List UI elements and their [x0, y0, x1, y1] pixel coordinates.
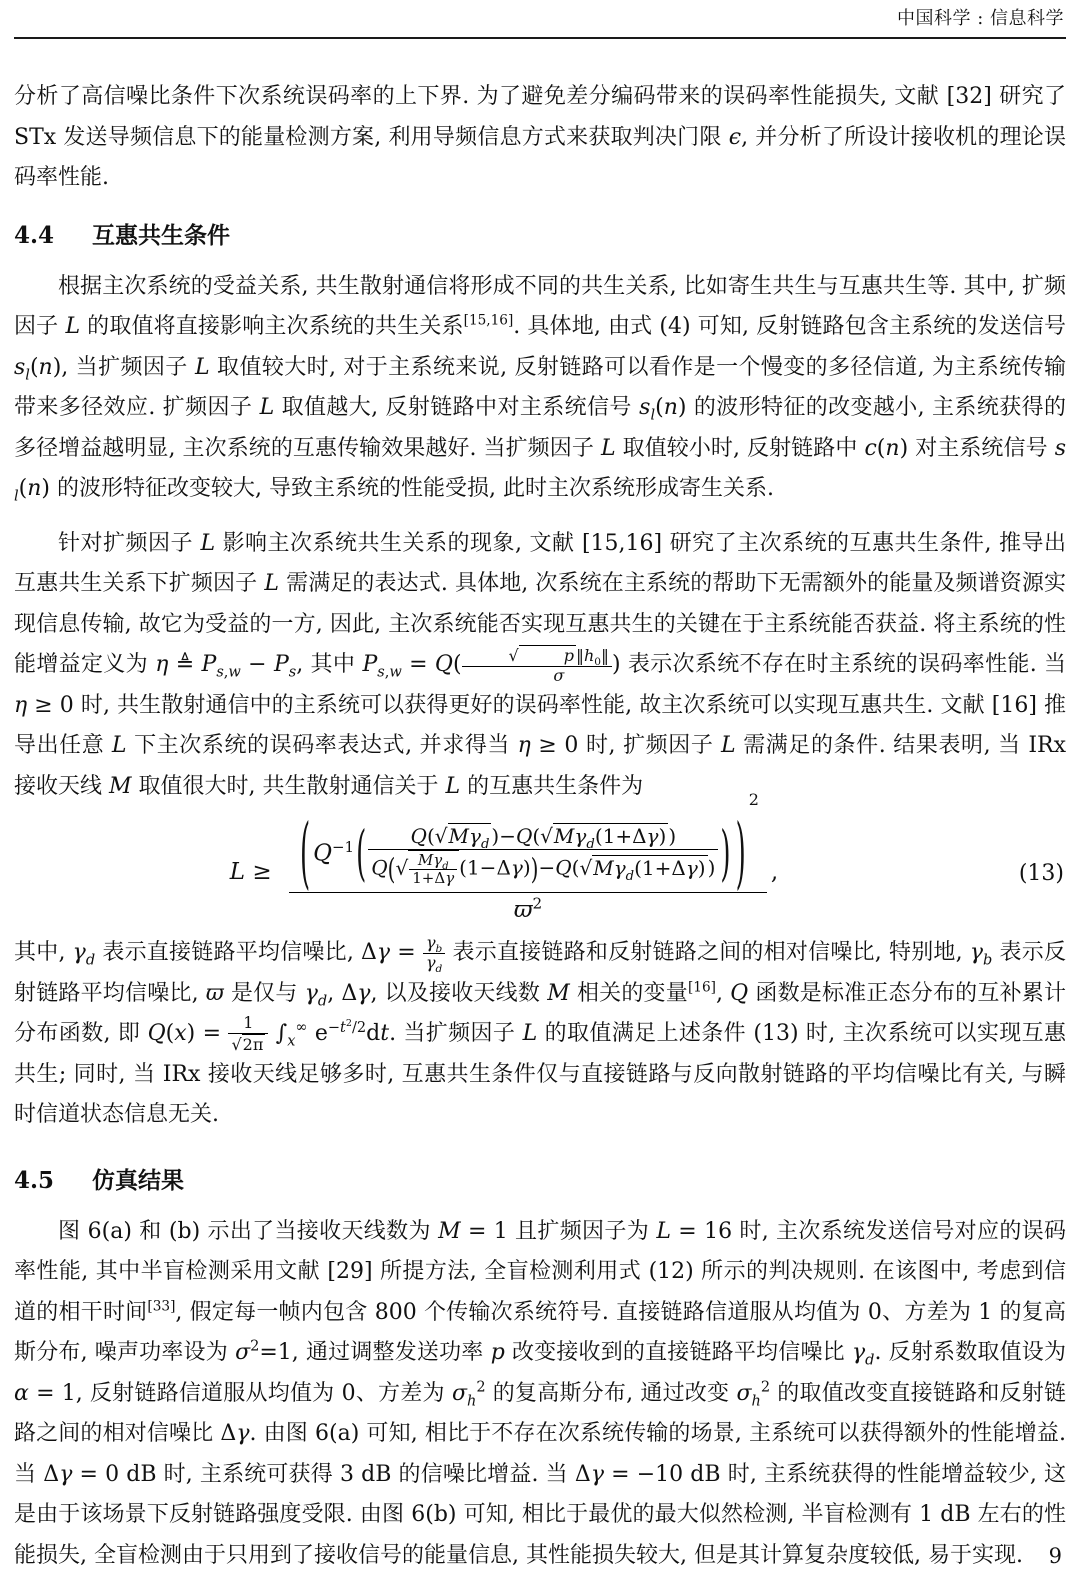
paragraph-equation-explanation: 其中, γd 表示直接链路平均信噪比, Δγ = γbγd 表示直接链路和反射链…: [14, 933, 1066, 1136]
equation-number: (13): [994, 861, 1066, 886]
header-rule: [14, 37, 1066, 39]
section-heading-4-5: 4.5 仿真结果: [14, 1166, 1066, 1196]
display-equation-13: L ≥ (Q−1(Q(√Mγd)−Q(√Mγd(1+Δγ))Q(√Mγd1+Δγ…: [14, 823, 1066, 923]
section-title: 互惠共生条件: [92, 223, 230, 249]
running-head-journal-title: 中国科学 : 信息科学: [14, 0, 1066, 37]
paragraph-ber-analysis: 分析了高信噪比条件下次系统误码率的上下界. 为了避免差分编码带来的误码率性能损失…: [14, 77, 1066, 199]
section-title: 仿真结果: [92, 1168, 184, 1194]
section-number: 4.5: [14, 1167, 54, 1194]
section-heading-4-4: 4.4 互惠共生条件: [14, 221, 1066, 251]
paragraph-mutualism-condition: 针对扩频因子 L 影响主次系统共生关系的现象, 文献 [15,16] 研究了主次…: [14, 524, 1066, 808]
section-number: 4.4: [14, 222, 54, 249]
paragraph-symbiotic-relations: 根据主次系统的受益关系, 共生散射通信将形成不同的共生关系, 比如寄生共生与互惠…: [14, 267, 1066, 510]
paper-page: 中国科学 : 信息科学 分析了高信噪比条件下次系统误码率的上下界. 为了避免差分…: [0, 0, 1080, 1580]
paragraph-simulation-results: 图 6(a) 和 (b) 示出了当接收天线数为 M = 1 且扩频因子为 L =…: [14, 1212, 1066, 1577]
page-number: 9: [1049, 1544, 1062, 1568]
equation-body: L ≥ (Q−1(Q(√Mγd)−Q(√Mγd(1+Δγ))Q(√Mγd1+Δγ…: [14, 823, 994, 923]
